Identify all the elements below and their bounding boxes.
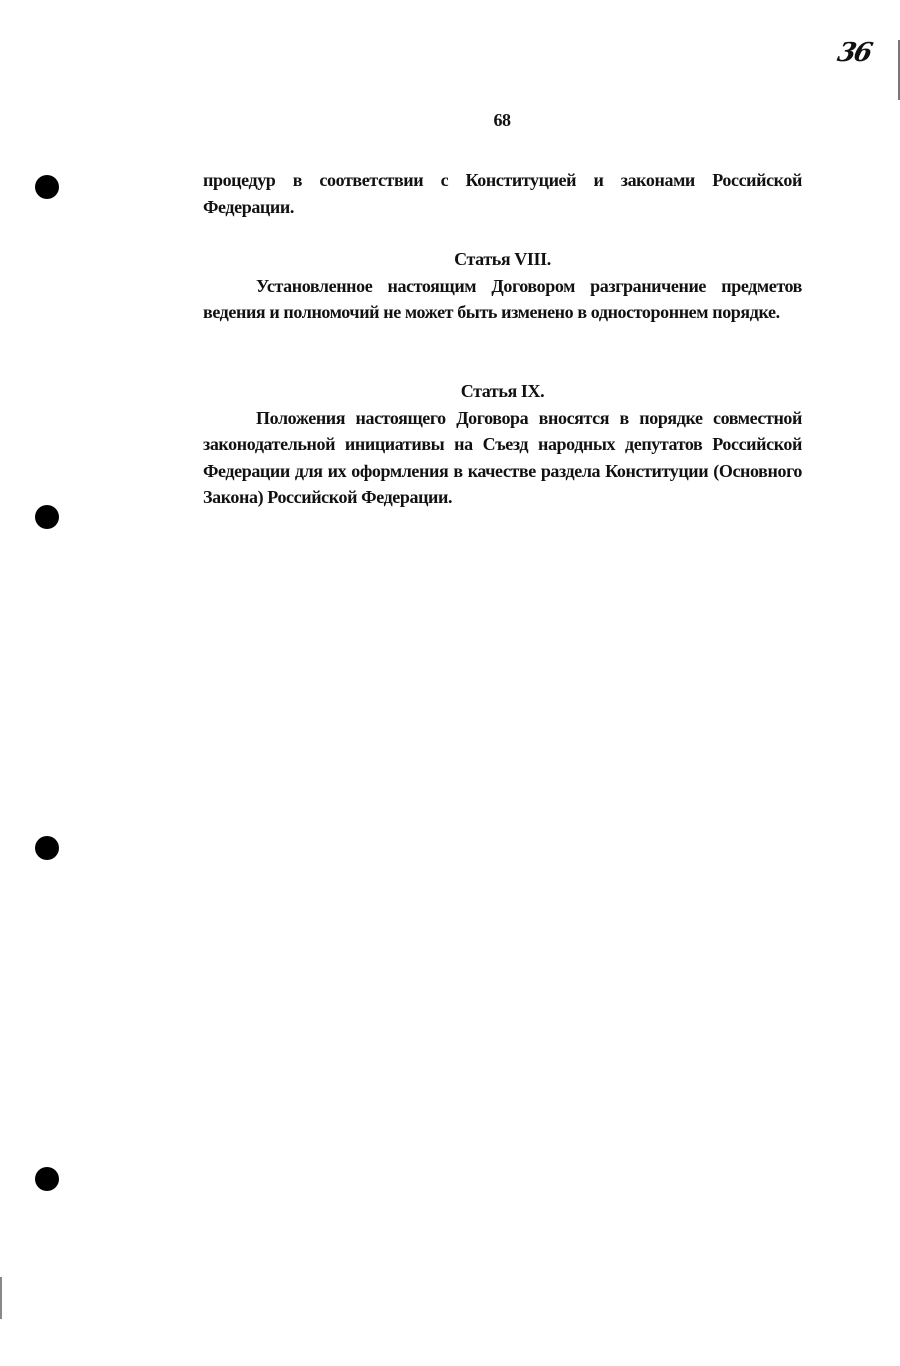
article-paragraph: Установленное настоящим Договором разгра… <box>203 273 802 326</box>
article-8: Статья VIII. Установленное настоящим Дог… <box>203 246 802 326</box>
punch-hole <box>35 836 59 860</box>
intro-paragraph-block: процедур в соответствии с Конституцией и… <box>203 167 802 220</box>
article-paragraph: Положения настоящего Договора вносятся в… <box>203 405 802 511</box>
handwritten-sheet-number: 36 <box>835 38 874 68</box>
scan-edge-mark <box>0 1277 2 1319</box>
punch-hole <box>35 175 59 199</box>
punch-hole <box>35 505 59 529</box>
article-heading: Статья IX. <box>203 378 802 405</box>
article-9: Статья IX. Положения настоящего Договора… <box>203 378 802 511</box>
intro-paragraph: процедур в соответствии с Конституцией и… <box>203 167 802 220</box>
article-heading: Статья VIII. <box>203 246 802 273</box>
page-number: 68 <box>0 110 900 131</box>
punch-hole <box>35 1167 59 1191</box>
